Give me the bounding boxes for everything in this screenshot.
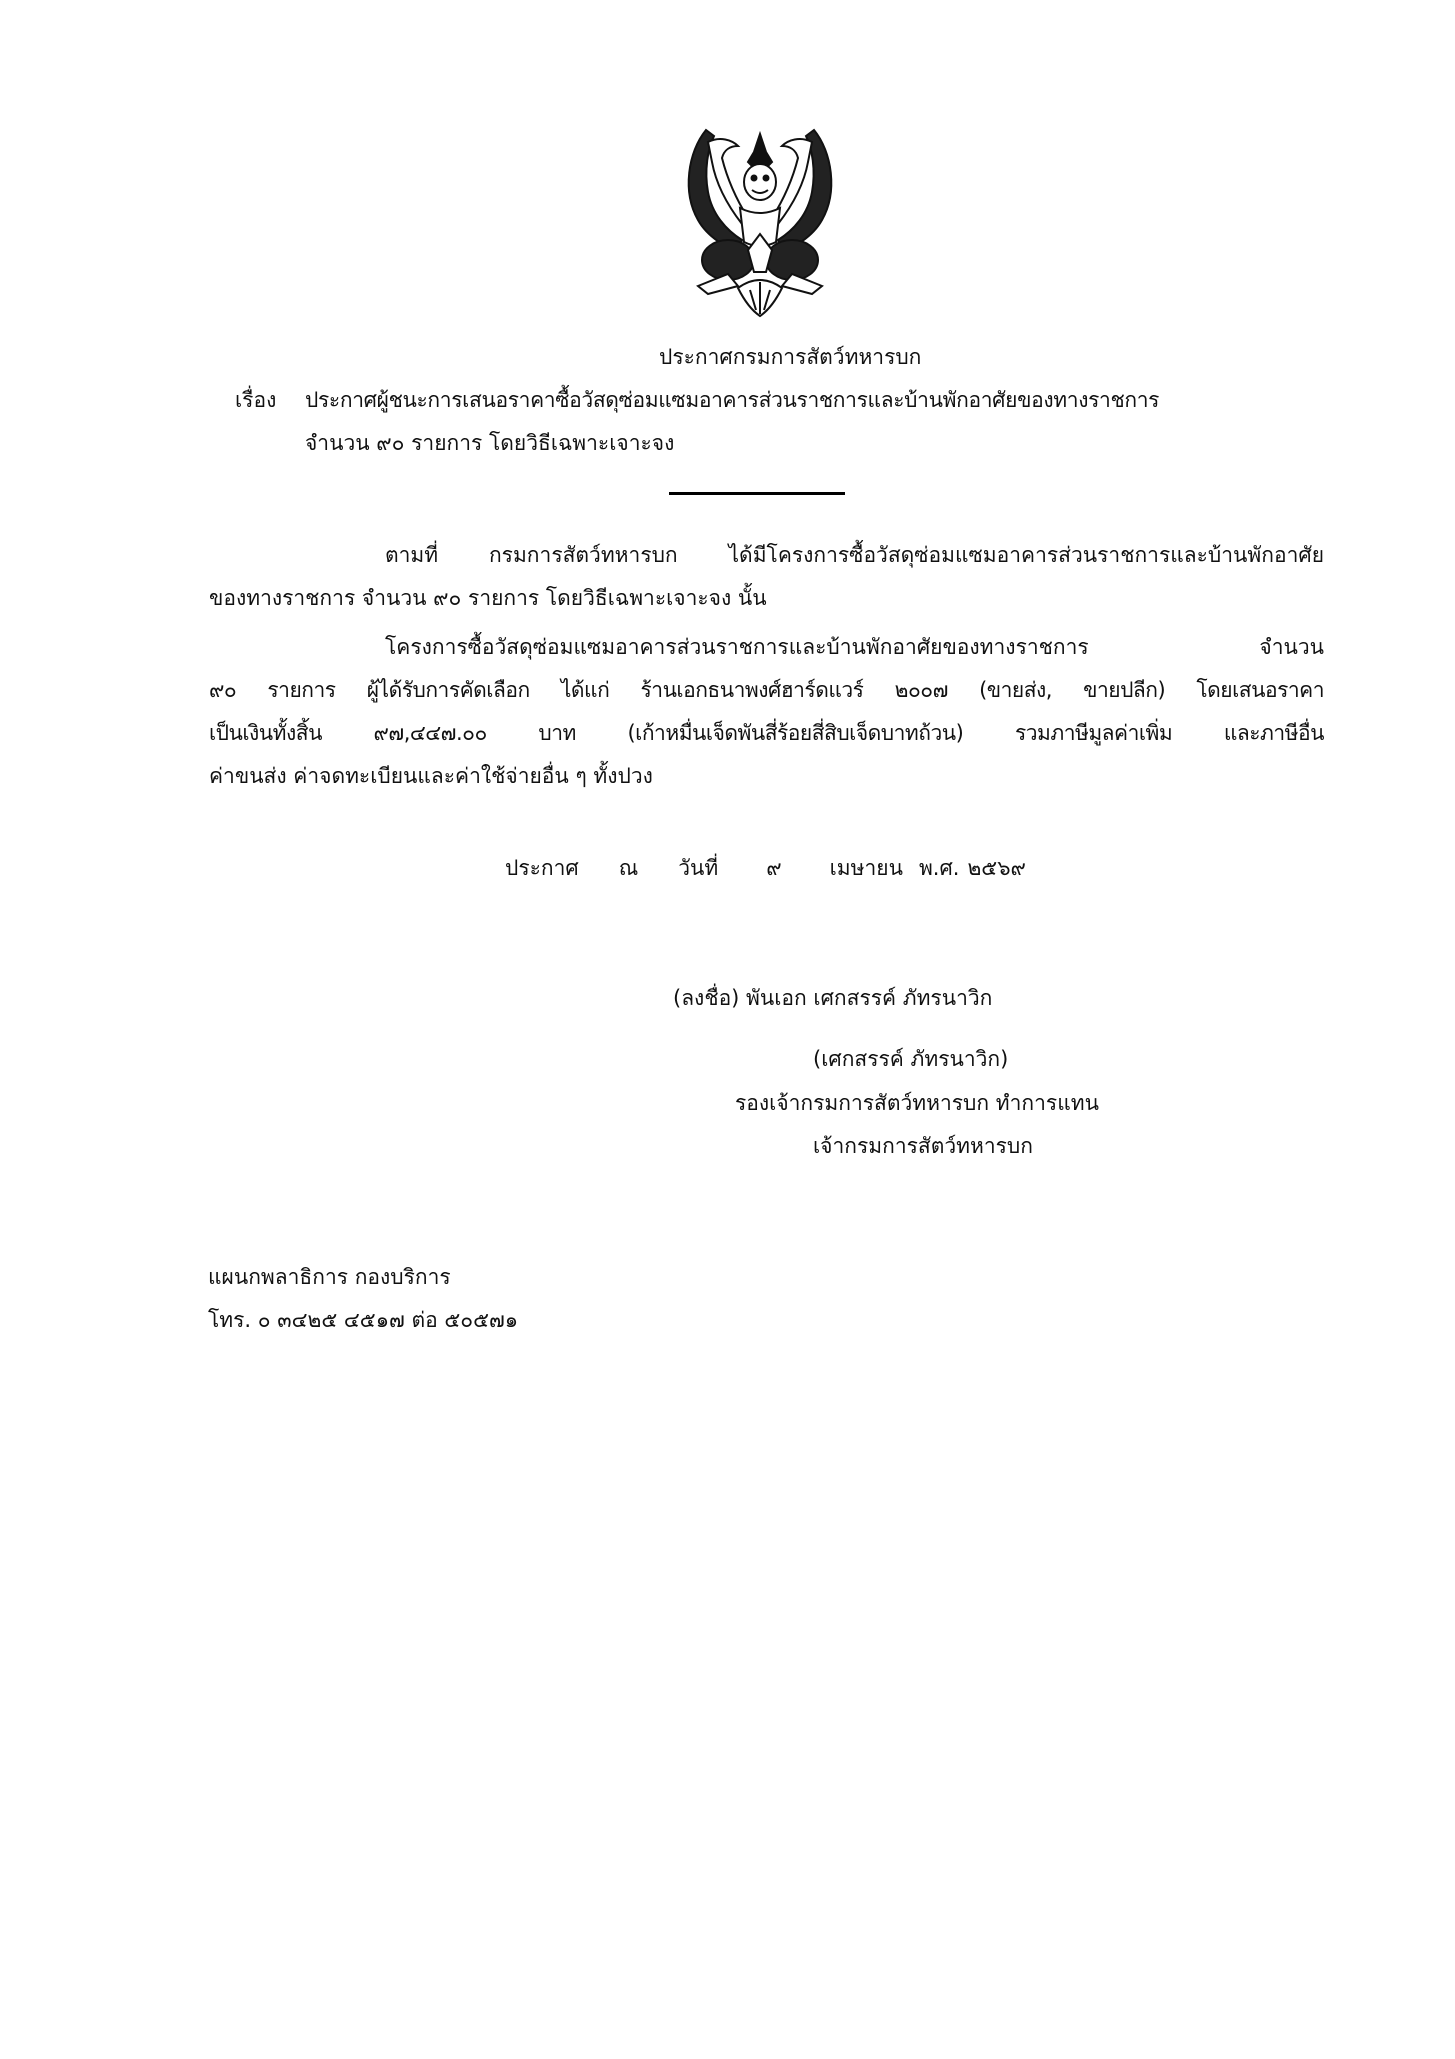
body-paragraph-2-line-3: เป็นเงินทั้งสิ้น ๙๗,๔๔๗.๐๐ บาท (เก้าหมื่… <box>209 718 1324 748</box>
subject-line-1: ประกาศผู้ชนะการเสนอราคาซื้อวัสดุซ่อมแซมอ… <box>305 385 1159 415</box>
date-month: เมษายน <box>830 856 903 880</box>
date-at: ณ <box>619 856 638 880</box>
footer-phone: โทร. ๐ ๓๔๒๕ ๔๕๑๗ ต่อ ๕๐๕๗๑ <box>208 1305 518 1335</box>
garuda-emblem-icon <box>668 122 852 318</box>
signature-position-1: รองเจ้ากรมการสัตว์ทหารบก ทำการแทน <box>735 1088 1099 1118</box>
body-paragraph-2-line-2: ๙๐ รายการ ผู้ได้รับการคัดเลือก ได้แก่ ร้… <box>209 675 1324 705</box>
subject-line-2: จำนวน ๙๐ รายการ โดยวิธีเฉพาะเจาะจง <box>305 428 674 458</box>
document-title: ประกาศกรมการสัตว์ทหารบก <box>659 342 921 372</box>
date-day: ๙ <box>766 856 781 880</box>
signature-signed: (ลงชื่อ) พันเอก เศกสรรค์ ภัทรนาวิก <box>673 983 992 1013</box>
signature-name: (เศกสรรค์ ภัทรนาวิก) <box>813 1044 1008 1074</box>
body-paragraph-2-line-1: โครงการซื้อวัสดุซ่อมแซมอาคารส่วนราชการแล… <box>385 632 1324 662</box>
date-year: ๒๕๖๙ <box>967 856 1025 880</box>
body-paragraph-2-line-4: ค่าขนส่ง ค่าจดทะเบียนและค่าใช้จ่ายอื่น ๆ… <box>209 761 653 791</box>
document-page: ประกาศกรมการสัตว์ทหารบก เรื่อง ประกาศผู้… <box>0 0 1455 2059</box>
date-day-label: วันที่ <box>678 856 718 880</box>
footer-department: แผนกพลาธิการ กองบริการ <box>208 1262 451 1292</box>
title-separator <box>669 492 845 495</box>
body-paragraph-1-line-2: ของทางราชการ จำนวน ๙๐ รายการ โดยวิธีเฉพา… <box>209 583 767 613</box>
date-announced: ประกาศ <box>505 856 579 880</box>
body-paragraph-1-line-1: ตามที่ กรมการสัตว์ทหารบก ได้มีโครงการซื้… <box>385 540 1324 570</box>
date-era: พ.ศ. <box>919 856 960 880</box>
signature-position-2: เจ้ากรมการสัตว์ทหารบก <box>813 1131 1033 1161</box>
subject-label: เรื่อง <box>235 385 276 415</box>
announcement-date-line: ประกาศณวันที่๙เมษายนพ.ศ.๒๕๖๙ <box>505 853 1026 883</box>
